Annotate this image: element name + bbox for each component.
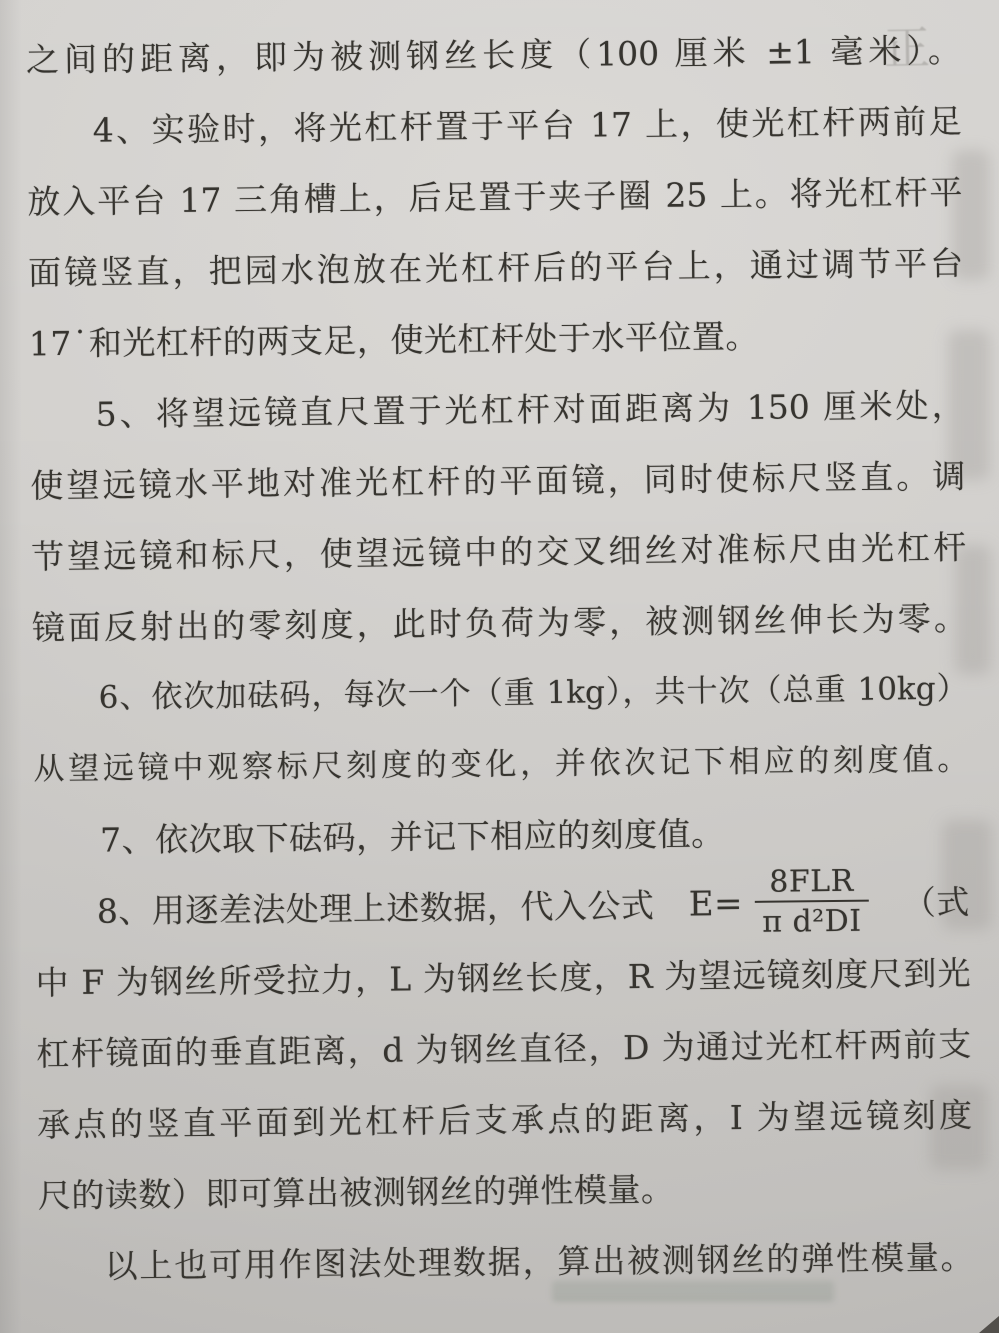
text-line-16: 承点的竖直平面到光杠杆后支承点的距离，I 为望远镜刻度 [37, 1080, 973, 1161]
fraction-numerator: 8FLR [765, 862, 858, 900]
text-line-15: 杠杆镜面的垂直距离，d 为钢丝直径，D 为通过光杠杆两前支 [36, 1009, 972, 1090]
document-photo: 正 之间的距离，即为被测钢丝长度（100 厘米 ±1 毫米）。 4、实验时，将光… [0, 0, 999, 1333]
text-line-4: 面镜竖直，把园水泡放在光杠杆后的平台上，通过调节平台 [28, 228, 964, 309]
text-line-14: 中 F 为钢丝所受拉力，L 为钢丝长度，R 为望远镜刻度尺到光 [35, 938, 971, 1019]
text-line-6: 5、将望远镜直尺置于光杠杆对面距离为 150 厘米处， [29, 370, 965, 451]
text-line-18: 以上也可用作图法处理数据，算出被测钢丝的弹性模量。 [38, 1222, 974, 1303]
text-line-3: 放入平台 17 三角槽上，后足置于夹子圈 25 上。将光杠杆平 [27, 157, 963, 238]
text-line-17: 尺的读数）即可算出被测钢丝的弹性模量。 [37, 1151, 973, 1232]
text-line-1: 之间的距离，即为被测钢丝长度（100 厘米 ±1 毫米）。 [26, 15, 962, 96]
text-line-5: 17˙和光杠杆的两支足，使光杠杆处于水平位置。 [29, 299, 965, 380]
text-line-2: 4、实验时，将光杠杆置于平台 17 上，使光杠杆两前足 [26, 86, 962, 167]
formula-suffix: （式 [902, 867, 970, 939]
text-line-9: 镜面反射出的零刻度，此时负荷为零，被测钢丝伸长为零。 [32, 583, 968, 664]
text-line-10: 6、依次加砝码，每次一个（重 1kg），共十次（总重 10kg） [32, 654, 968, 735]
page-text: 之间的距离，即为被测钢丝长度（100 厘米 ±1 毫米）。 4、实验时，将光杠杆… [26, 15, 974, 1303]
formula-intro: 8、用逐差法处理上述数据，代入公式 [97, 870, 655, 947]
fraction-denominator: π d²DI [755, 900, 869, 942]
formula-lhs: E= [688, 869, 743, 941]
text-line-8: 节望远镜和标尺，使望远镜中的交叉细丝对准标尺由光杠杆 [31, 512, 967, 593]
text-line-11: 从望远镜中观察标尺刻度的变化，并依次记下相应的刻度值。 [33, 725, 969, 806]
photo-edge-artifact [979, 1316, 999, 1333]
formula-equation: E= 8FLR π d²DI [688, 864, 869, 944]
formula-fraction: 8FLR π d²DI [755, 862, 869, 941]
text-line-formula: 8、用逐差法处理上述数据，代入公式 E= 8FLR π d²DI （式 [35, 867, 971, 948]
text-line-7: 使望远镜水平地对准光杠杆的平面镜，同时使标尺竖直。调 [30, 441, 966, 522]
